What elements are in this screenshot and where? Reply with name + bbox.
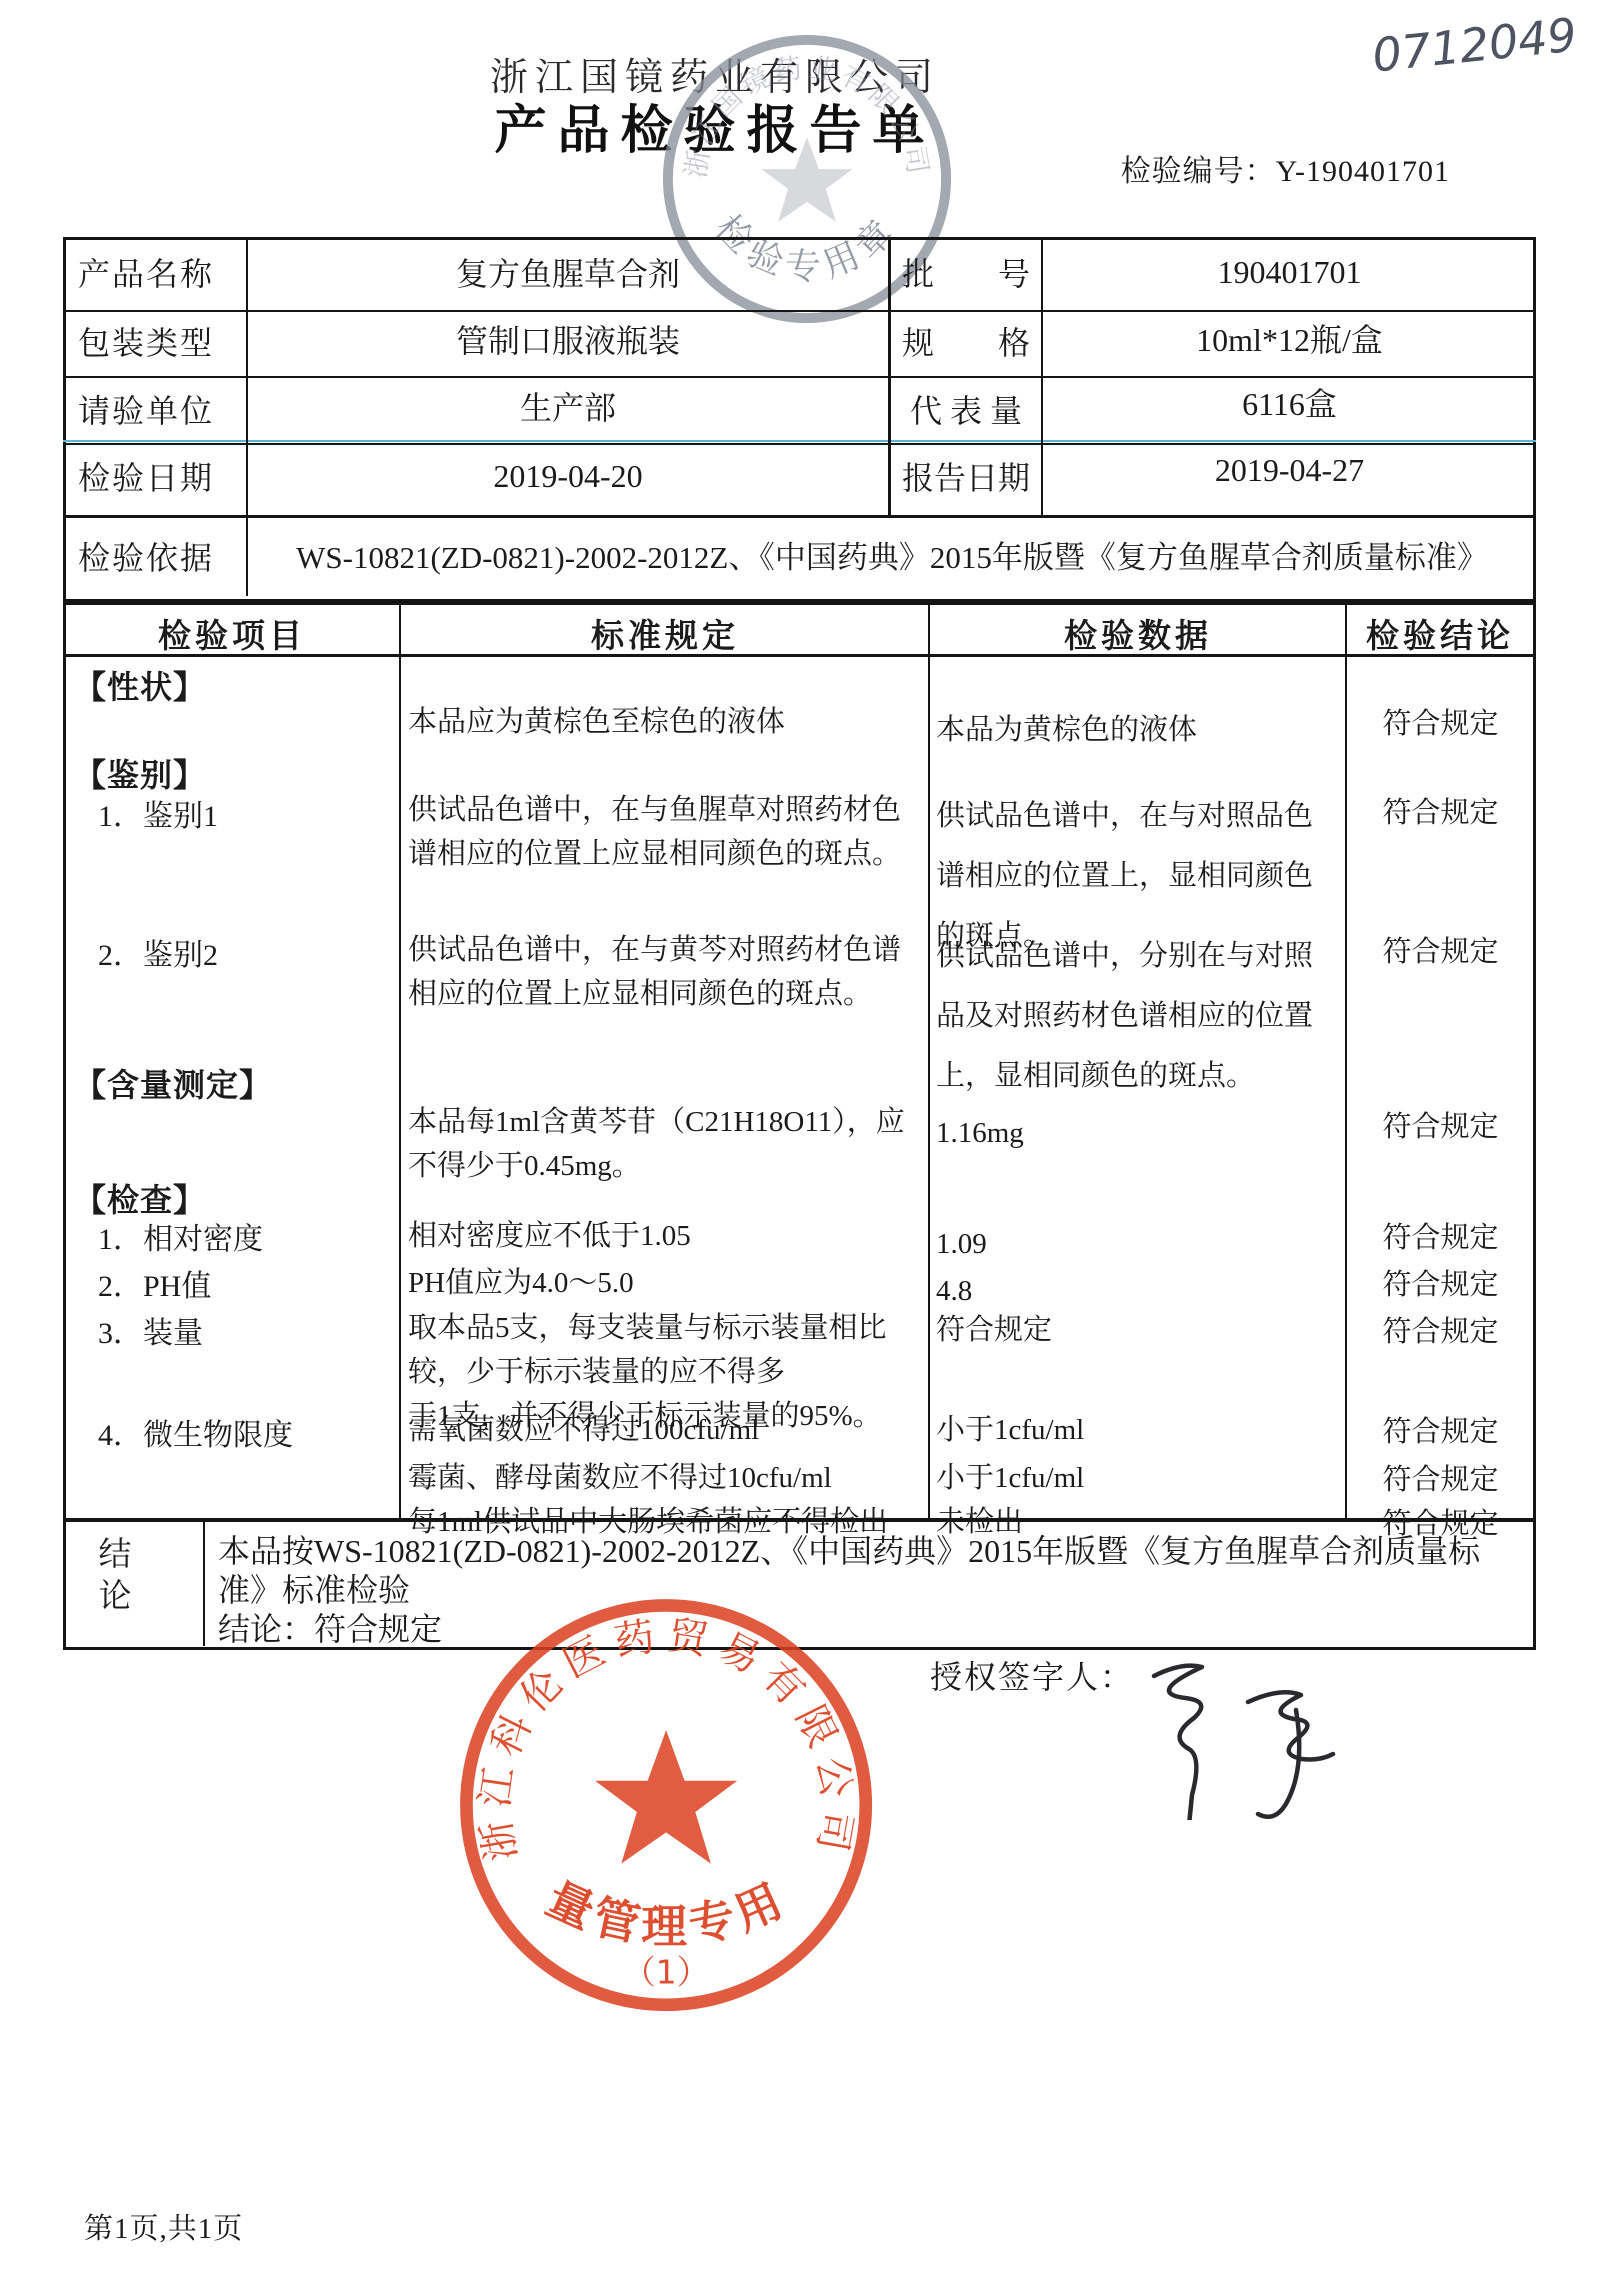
item-label: 4．微生物限度 (98, 1410, 293, 1454)
report-number-value: Y-190401701 (1276, 155, 1450, 188)
data-text: 小于1cfu/ml (936, 1408, 1340, 1452)
signature-icon (1120, 1650, 1340, 1820)
basis-value: WS-10821(ZD-0821)-2002-2012Z、《中国药典》2015年… (250, 540, 1534, 576)
item-label: 2．PH值 (98, 1261, 211, 1305)
conclusion-text: 符合规定 (1348, 1104, 1533, 1145)
col-header-standard: 标准规定 (401, 610, 929, 657)
product-name-value: 复方鱼腥草合剂 (248, 256, 888, 292)
representative-qty-label: 代 表 量 (891, 393, 1041, 429)
standard-text: 需氧菌数应不得过100cfu/ml (408, 1408, 923, 1452)
standard-text: 本品应为黄棕色至棕色的液体 (408, 700, 923, 744)
standard-text: 供试品色谱中，在与鱼腥草对照药材色 谱相应的位置上应显相同颜色的斑点。 (408, 788, 923, 876)
red-stamp-number: （1） (622, 1952, 709, 1991)
authorized-signatory-label: 授权签字人： (930, 1652, 1134, 1698)
col-header-conclusion: 检验结论 (1347, 610, 1533, 657)
col-header-item: 检验项目 (63, 610, 401, 657)
svg-text:浙江科伦医药贸易有限公司: 浙江科伦医药贸易有限公司 (472, 1612, 861, 1864)
inspection-report-page: 浙江国镜药业有限公司 产品检验报告单 检验编号：Y-190401701 0712… (0, 0, 1600, 2274)
batch-value: 190401701 (1043, 254, 1536, 290)
page-number: 第1页,共1页 (84, 2206, 243, 2247)
package-type-value: 管制口服液瓶装 (248, 323, 888, 359)
scan-artifact-line (63, 440, 1536, 442)
standard-text: 供试品色谱中，在与黄芩对照药材色谱 相应的位置上应显相同颜色的斑点。 (408, 928, 923, 1016)
data-text: 供试品色谱中，分别在与对照 品及对照药材色谱相应的位置 上，显相同颜色的斑点。 (936, 926, 1340, 1106)
item-label: 2．鉴别2 (98, 930, 218, 974)
batch-label: 批 号 (891, 256, 1041, 292)
item-label: 3．装量 (98, 1308, 203, 1352)
request-unit-value: 生产部 (248, 390, 888, 426)
quality-stamp-icon: 浙江科伦医药贸易有限公司 质量管理专用章 （1） (446, 1586, 894, 2034)
conclusion-text: 符合规定 (1348, 790, 1533, 831)
spec-value: 10ml*12瓶/盒 (1043, 322, 1536, 358)
section-identification: 【鉴别】 (74, 750, 206, 796)
conclusion-text: 符合规定 (1348, 1309, 1533, 1350)
conclusion-text: 符合规定 (1348, 1457, 1533, 1498)
data-text: 1.16mg (936, 1103, 1340, 1163)
item-label: 1．相对密度 (98, 1214, 263, 1258)
report-number-label: 检验编号： (1121, 155, 1276, 188)
data-text: 本品为黄棕色的液体 (936, 700, 1340, 760)
report-date-label: 报告日期 (891, 460, 1041, 496)
conclusion-row-text: 本品按WS-10821(ZD-0821)-2002-2012Z、《中国药典》20… (218, 1532, 1523, 1649)
conclusion-text: 符合规定 (1348, 701, 1533, 742)
test-date-label: 检验日期 (78, 460, 214, 496)
request-unit-label: 请验单位 (78, 393, 214, 429)
basis-label: 检验依据 (78, 540, 214, 576)
representative-qty-value: 6116盒 (1043, 386, 1536, 422)
data-text: 符合规定 (936, 1308, 1340, 1352)
package-type-label: 包装类型 (78, 325, 214, 361)
standard-text: 相对密度应不低于1.05 (408, 1214, 923, 1258)
conclusion-row-label: 结 论 (92, 1534, 138, 1618)
standard-text: 本品每1ml含黄芩苷（C21H18O11），应 不得少于0.45mg。 (408, 1100, 923, 1188)
conclusion-text: 符合规定 (1348, 1409, 1533, 1450)
section-character: 【性状】 (74, 662, 206, 708)
report-number: 检验编号：Y-190401701 (1121, 146, 1450, 190)
red-stamp-company-text: 浙江科伦医药贸易有限公司 (472, 1612, 861, 1864)
star-icon (595, 1730, 737, 1863)
col-header-data: 检验数据 (930, 610, 1346, 657)
item-label: 1．鉴别1 (98, 791, 218, 835)
product-name-label: 产品名称 (78, 256, 214, 292)
data-text: 小于1cfu/ml (936, 1456, 1340, 1500)
conclusion-text: 符合规定 (1348, 1262, 1533, 1303)
conclusion-text: 符合规定 (1348, 929, 1533, 970)
report-date-value: 2019-04-27 (1043, 452, 1536, 488)
test-date-value: 2019-04-20 (248, 458, 888, 494)
standard-text: 霉菌、酵母菌数应不得过10cfu/ml (408, 1456, 923, 1500)
spec-label: 规 格 (891, 325, 1041, 361)
section-assay: 【含量测定】 (74, 1060, 272, 1106)
handwritten-code: 0712049 (1370, 7, 1579, 82)
conclusion-text: 符合规定 (1348, 1215, 1533, 1256)
standard-text: PH值应为4.0～5.0 (408, 1261, 923, 1305)
